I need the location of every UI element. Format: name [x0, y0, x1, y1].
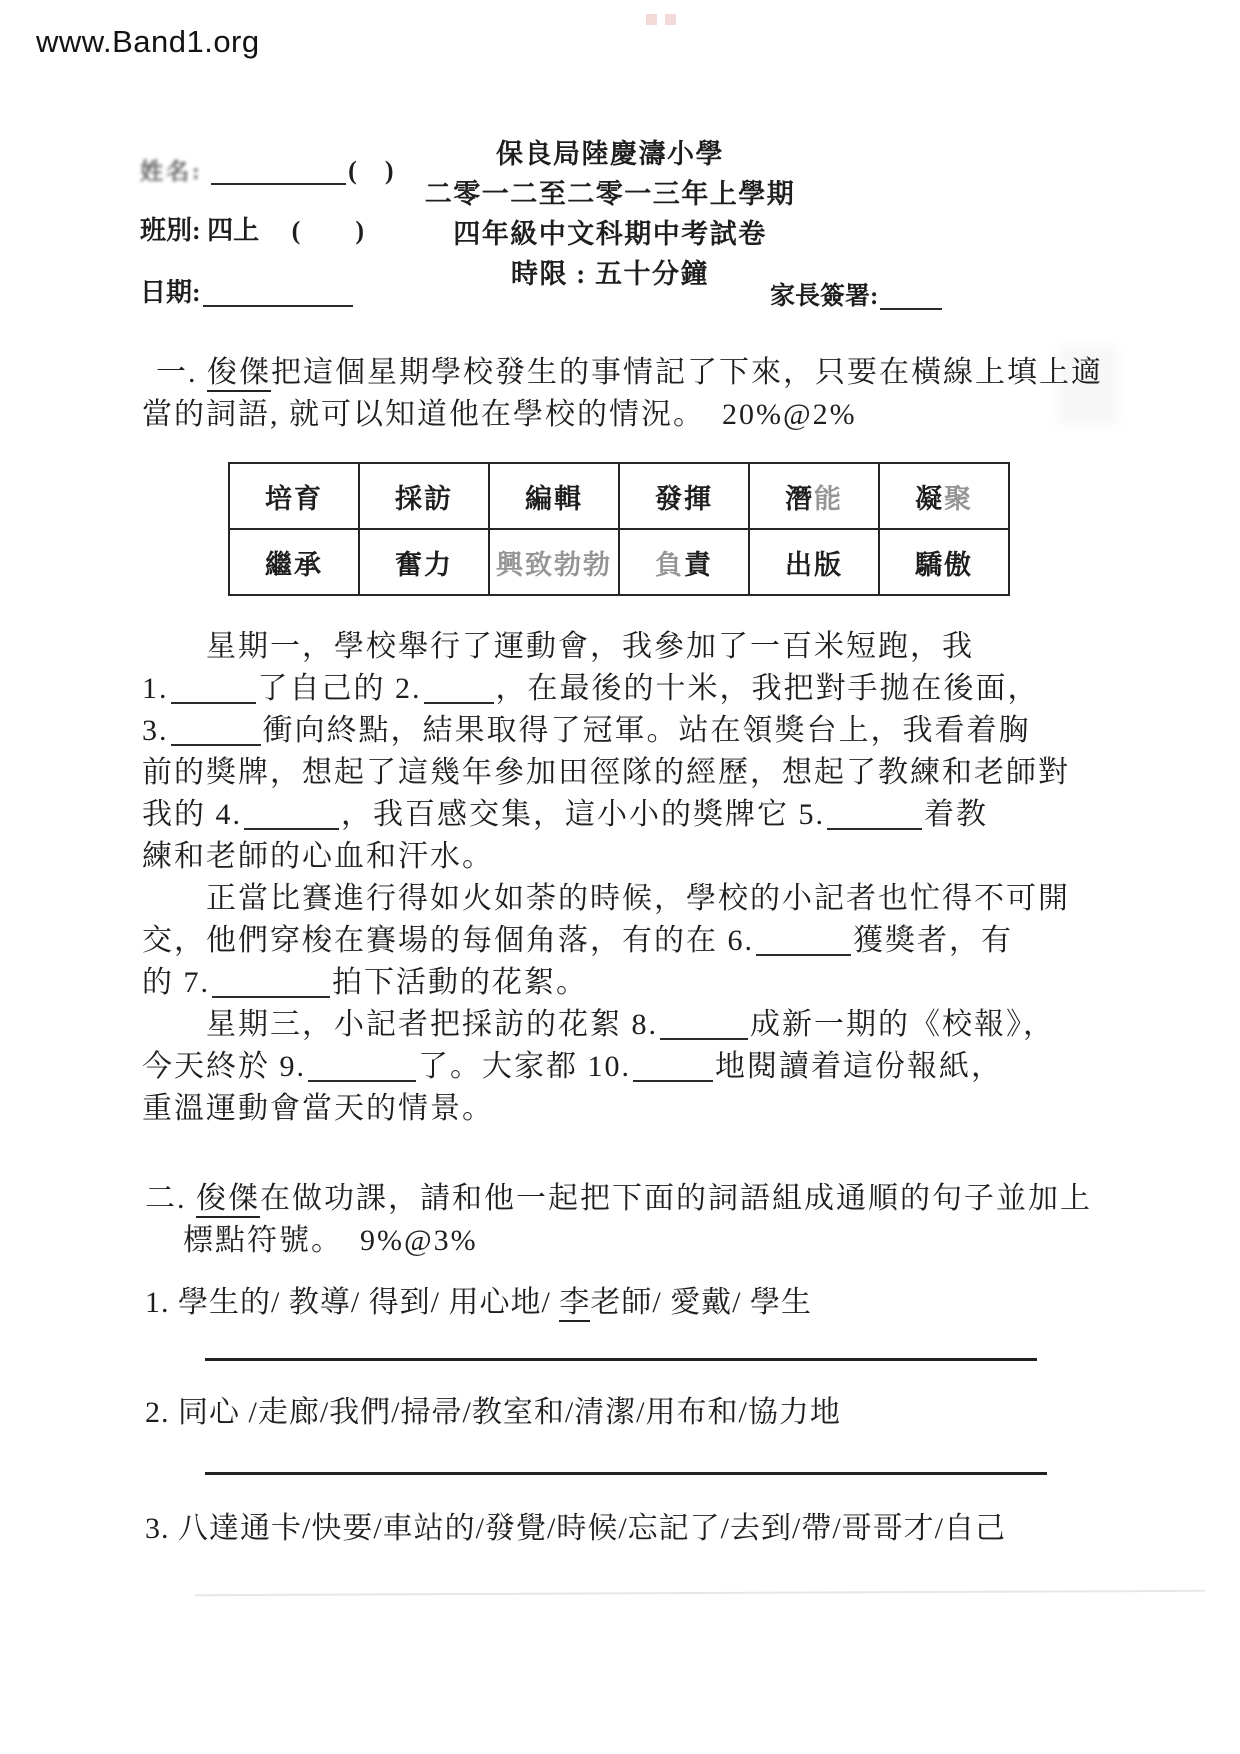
answer-line [205, 1358, 1037, 1361]
text-run: 星期三，小記者把採訪的花絮 8. [142, 1008, 658, 1041]
text-line: 星期一，學校舉行了運動會，我參加了一百米短跑，我 [142, 626, 1112, 668]
date-field-row: 日期: [140, 272, 355, 309]
text-run: 出版 [785, 550, 843, 580]
underlined-text: 俊傑 [196, 1182, 260, 1218]
text-line: 今天終於 9.了。大家都 10.地閱讀着這份報紙， [142, 1046, 1112, 1088]
text-run: 獲獎者，有 [853, 924, 1013, 957]
fill-in-blank [827, 828, 922, 830]
text-run: ，我百感交集，這小小的獎牌它 5. [341, 798, 825, 831]
word-bank-cell: 潛能 [749, 463, 879, 529]
class-label: 班別: 四上 [140, 216, 259, 245]
text-run: 把這個星期學校發生的事情記了下來，只要在橫線上填上適 [271, 356, 1103, 389]
red-stamp-dot [646, 14, 657, 25]
faded-text: 興致勃勃 [496, 550, 612, 580]
word-bank-cell: 奮力 [359, 529, 489, 595]
text-run: 二. [145, 1182, 196, 1215]
text-run: 責 [684, 550, 713, 580]
word-bank-cell: 發揮 [619, 463, 749, 529]
word-bank-cell: 編輯 [489, 463, 619, 529]
word-bank-row: 培育採訪編輯發揮潛能凝聚 [229, 463, 1009, 529]
text-run: 一. [156, 356, 207, 389]
scramble-item: 1. 學生的/ 教導/ 得到/ 用心地/ 李老師/ 愛戴/ 學生 [145, 1282, 1135, 1324]
section-1-heading: 一. 俊傑把這個星期學校發生的事情記了下來，只要在橫線上填上適當的詞語, 就可以… [142, 352, 1112, 436]
red-stamp-mark [646, 14, 676, 25]
word-bank-cell: 培育 [229, 463, 359, 529]
text-run: 老師/ 愛戴/ 學生 [590, 1286, 812, 1319]
text-run: 在做功課，請和他一起把下面的詞語組成通順的句子並加上 [260, 1182, 1092, 1215]
fill-in-blank [171, 702, 256, 704]
parent-sign-label: 家長簽署: [770, 283, 878, 310]
section-1: 一. 俊傑把這個星期學校發生的事情記了下來，只要在橫線上填上適當的詞語, 就可以… [142, 352, 1112, 1130]
word-bank-cell: 興致勃勃 [489, 529, 619, 595]
scan-noise-streak [195, 1590, 1205, 1596]
text-run: 3. [142, 714, 169, 747]
text-run: 拍下活動的花絮。 [332, 966, 588, 999]
text-run: 了。大家都 10. [418, 1050, 631, 1083]
class-paren: ( ) [292, 216, 365, 245]
text-line: 二. 俊傑在做功課，請和他一起把下面的詞語組成通順的句子並加上 [145, 1178, 1135, 1220]
faded-text: 負 [655, 550, 684, 580]
fill-in-blank [660, 1038, 748, 1040]
faded-text: 能 [814, 484, 843, 514]
scan-noise-blob [1058, 345, 1118, 425]
text-run: 3. 八達通卡/快要/車站的/發覺/時候/忘記了/去到/帶/哥哥才/自己 [145, 1512, 1006, 1545]
fill-in-blank [212, 996, 330, 998]
word-bank-cell: 凝聚 [879, 463, 1009, 529]
fill-in-blank [424, 702, 494, 704]
school-term: 二零一二至二零一三年上學期 [315, 174, 905, 214]
fill-in-blank [244, 828, 339, 830]
text-run: 我的 4. [142, 798, 242, 831]
watermark-text: www.Band1.org [36, 24, 260, 60]
fill-in-blank [308, 1080, 416, 1082]
text-line: 一. 俊傑把這個星期學校發生的事情記了下來，只要在橫線上填上適 [142, 352, 1112, 394]
name-paren: ( ) [348, 156, 394, 185]
text-run: 發揮 [655, 484, 713, 514]
text-run: 重溫運動會當天的情景。 [142, 1092, 494, 1125]
text-run: 今天終於 9. [142, 1050, 306, 1083]
scramble-item: 3. 八達通卡/快要/車站的/發覺/時候/忘記了/去到/帶/哥哥才/自己 [145, 1508, 1135, 1550]
text-line: 我的 4.，我百感交集，這小小的獎牌它 5.着教 [142, 794, 1112, 836]
text-line: 正當比賽進行得如火如荼的時候，學校的小記者也忙得不可開 [142, 878, 1112, 920]
red-stamp-dot [665, 14, 676, 25]
text-run: 標點符號。 9%@3% [183, 1224, 478, 1257]
scanned-exam-page: www.Band1.org 保良局陸慶濤小學 二零一二至二零一三年上學期 四年級… [0, 0, 1240, 1754]
answer-line [205, 1472, 1047, 1475]
text-run: 了自己的 2. [258, 672, 422, 705]
text-line: 標點符號。 9%@3% [145, 1220, 1135, 1262]
underlined-text: 李 [559, 1286, 590, 1322]
text-line: 當的詞語, 就可以知道他在學校的情況。 20%@2% [142, 394, 1112, 436]
text-run: 地閱讀着這份報紙， [715, 1050, 1003, 1083]
word-bank-cell: 驕傲 [879, 529, 1009, 595]
name-label: 姓名: [140, 159, 203, 184]
exam-header: 保良局陸慶濤小學 二零一二至二零一三年上學期 四年級中文科期中考試卷 時限 : … [315, 134, 905, 294]
fill-in-blank [756, 954, 851, 956]
name-fill-line [211, 183, 346, 185]
text-line: 的 7.拍下活動的花絮。 [142, 962, 1112, 1004]
text-run: 潛 [785, 484, 814, 514]
text-run: 當的詞語, 就可以知道他在學校的情況。 20%@2% [142, 398, 857, 431]
text-run: 着教 [924, 798, 988, 831]
text-run: 奮力 [395, 550, 453, 580]
text-line: 前的獎牌，想起了這幾年參加田徑隊的經歷，想起了教練和老師對 [142, 752, 1112, 794]
word-bank-cell: 繼承 [229, 529, 359, 595]
text-line: 交，他們穿梭在賽場的每個角落，有的在 6.獲獎者，有 [142, 920, 1112, 962]
word-bank-row: 繼承奮力興致勃勃負責出版驕傲 [229, 529, 1009, 595]
text-line: 3.衝向終點，結果取得了冠軍。站在領獎台上，我看着胸 [142, 710, 1112, 752]
parent-sign-line [880, 308, 942, 310]
text-run: 培育 [265, 484, 323, 514]
text-run: 驕傲 [915, 550, 973, 580]
text-run: 成新一期的《校報》， [750, 1008, 1055, 1041]
class-field-row: 班別: 四上 ( ) [140, 210, 365, 247]
fill-in-blank [633, 1080, 713, 1082]
name-field-row: 姓名: ( ) [140, 150, 395, 187]
text-run: 凝 [915, 484, 944, 514]
text-run: 星期一，學校舉行了運動會，我參加了一百米短跑，我 [142, 630, 974, 663]
section-2-heading: 二. 俊傑在做功課，請和他一起把下面的詞語組成通順的句子並加上標點符號。 9%@… [145, 1178, 1135, 1262]
text-run: 繼承 [265, 550, 323, 580]
parent-signature-row: 家長簽署: [770, 276, 944, 312]
text-run: 交，他們穿梭在賽場的每個角落，有的在 6. [142, 924, 754, 957]
word-bank-cell: 採訪 [359, 463, 489, 529]
text-line: 1.了自己的 2.，在最後的十米，我把對手拋在後面， [142, 668, 1112, 710]
text-run: 編輯 [525, 484, 583, 514]
text-run: 前的獎牌，想起了這幾年參加田徑隊的經歷，想起了教練和老師對 [142, 756, 1070, 789]
text-run: 的 7. [142, 966, 210, 999]
word-bank-table: 培育採訪編輯發揮潛能凝聚繼承奮力興致勃勃負責出版驕傲 [228, 462, 1010, 596]
date-fill-line [203, 305, 353, 307]
fill-in-blank [171, 744, 261, 746]
text-run: 2. 同心 /走廊/我們/掃帚/教室和/清潔/用布和/協力地 [145, 1396, 841, 1429]
text-run: 衝向終點，結果取得了冠軍。站在領獎台上，我看着胸 [263, 714, 1031, 747]
faded-text: 聚 [944, 484, 973, 514]
section-2-items: 1. 學生的/ 教導/ 得到/ 用心地/ 李老師/ 愛戴/ 學生2. 同心 /走… [145, 1282, 1135, 1550]
text-run: 1. [142, 672, 169, 705]
school-name: 保良局陸慶濤小學 [315, 134, 905, 174]
word-bank-cell: 負責 [619, 529, 749, 595]
text-run: 正當比賽進行得如火如荼的時候，學校的小記者也忙得不可開 [142, 882, 1070, 915]
cloze-paragraph: 星期一，學校舉行了運動會，我參加了一百米短跑，我1.了自己的 2.，在最後的十米… [142, 626, 1112, 1130]
text-run: ，在最後的十米，我把對手拋在後面， [496, 672, 1040, 705]
text-run: 1. 學生的/ 教導/ 得到/ 用心地/ [145, 1286, 559, 1319]
text-line: 星期三，小記者把採訪的花絮 8.成新一期的《校報》， [142, 1004, 1112, 1046]
exam-title: 四年級中文科期中考試卷 [315, 214, 905, 254]
word-bank-cell: 出版 [749, 529, 879, 595]
text-run: 練和老師的心血和汗水。 [142, 840, 494, 873]
underlined-text: 俊傑 [207, 356, 271, 392]
word-bank-body: 培育採訪編輯發揮潛能凝聚繼承奮力興致勃勃負責出版驕傲 [229, 463, 1009, 595]
date-label: 日期: [140, 278, 201, 307]
section-2: 二. 俊傑在做功課，請和他一起把下面的詞語組成通順的句子並加上標點符號。 9%@… [145, 1178, 1135, 1550]
text-line: 重溫運動會當天的情景。 [142, 1088, 1112, 1130]
text-run: 採訪 [395, 484, 453, 514]
scramble-item: 2. 同心 /走廊/我們/掃帚/教室和/清潔/用布和/協力地 [145, 1392, 1135, 1434]
text-line: 練和老師的心血和汗水。 [142, 836, 1112, 878]
